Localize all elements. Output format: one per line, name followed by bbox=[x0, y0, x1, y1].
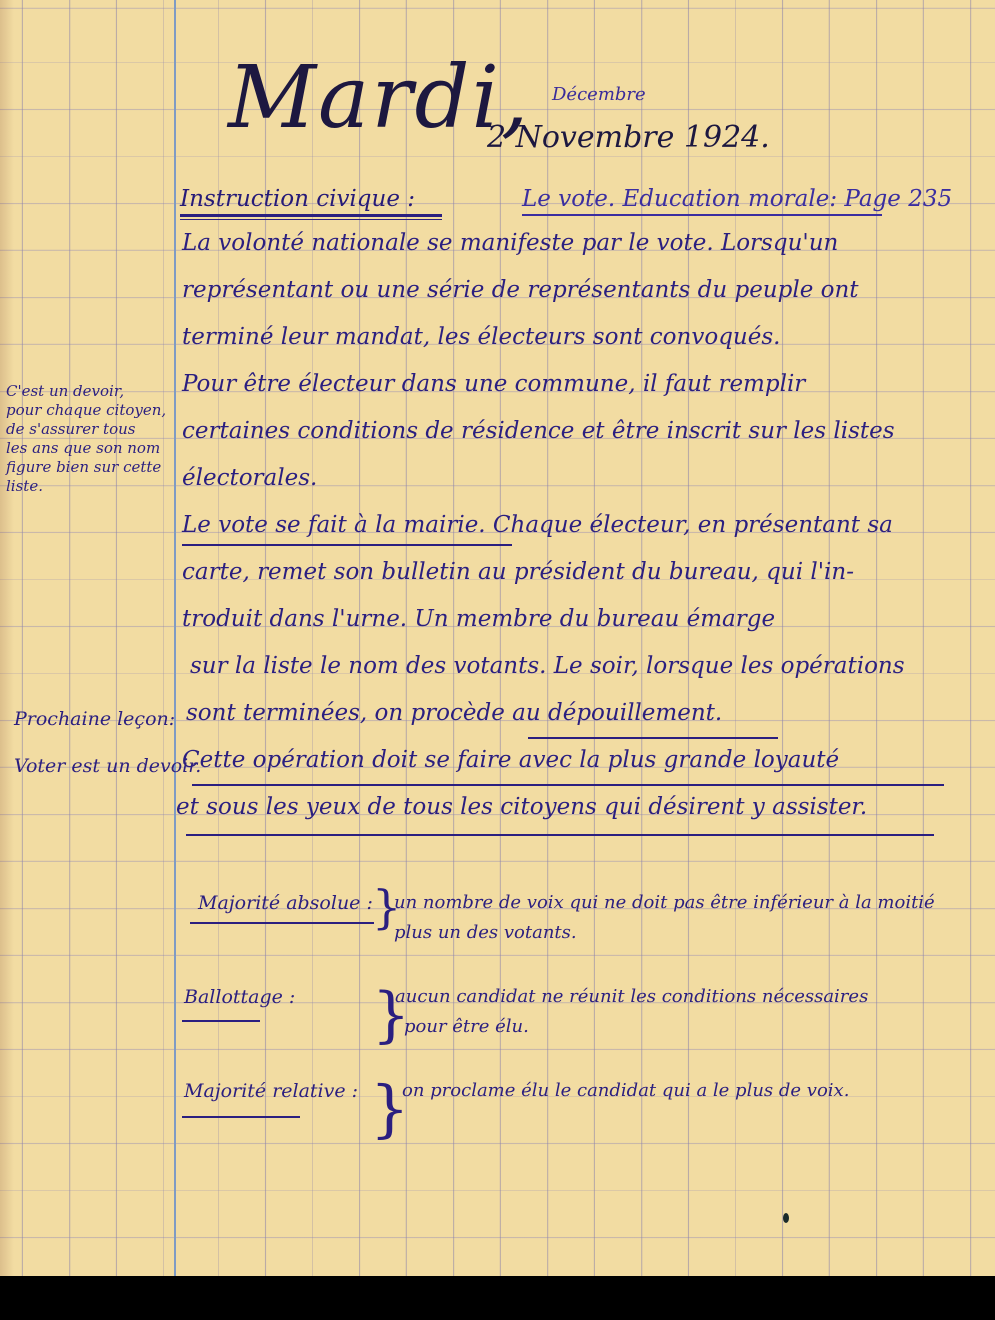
body-line: Le vote se fait à la mairie. Chaque élec… bbox=[182, 512, 893, 538]
sentence-underline bbox=[186, 834, 934, 836]
definition-term: Ballottage : bbox=[184, 986, 295, 1008]
body-line: certaines conditions de résidence et êtr… bbox=[182, 418, 895, 444]
definition-term: Majorité absolue : bbox=[198, 892, 373, 914]
title-month-correction: Décembre bbox=[552, 84, 646, 105]
title-date: 2 Novembre 1924. bbox=[487, 120, 770, 155]
body-line: et sous les yeux de tous les citoyens qu… bbox=[176, 794, 867, 820]
term-underline bbox=[182, 1116, 300, 1118]
ink-blot bbox=[783, 1213, 789, 1223]
title-day: Mardi, bbox=[228, 48, 530, 148]
subject-underline-double bbox=[180, 219, 442, 220]
body-line: sur la liste le nom des votants. Le soir… bbox=[190, 653, 905, 679]
body-line: terminé leur mandat, les électeurs sont … bbox=[182, 324, 780, 350]
margin-next-lesson-title: Voter est un devoir. bbox=[14, 755, 201, 777]
body-line: sont terminées, on procède au dépouillem… bbox=[186, 700, 722, 726]
body-line: Pour être électeur dans une commune, il … bbox=[182, 371, 805, 397]
word-underline bbox=[528, 737, 778, 739]
definition-term: Majorité relative : bbox=[184, 1080, 358, 1102]
definition-text: aucun candidat ne réunit les conditions … bbox=[395, 986, 868, 1007]
subject-underline bbox=[180, 214, 442, 217]
definition-text: plus un des votants. bbox=[394, 922, 577, 943]
margin-next-lesson-label: Prochaine leçon: bbox=[14, 708, 175, 730]
definition-text: pour être élu. bbox=[404, 1016, 529, 1037]
subject-heading: Instruction civique : bbox=[180, 186, 415, 212]
body-line: troduit dans l'urne. Un membre du bureau… bbox=[182, 606, 775, 632]
body-line: Cette opération doit se faire avec la pl… bbox=[182, 747, 839, 773]
body-line: carte, remet son bulletin au président d… bbox=[182, 559, 854, 585]
sentence-underline bbox=[182, 544, 512, 546]
body-line: électorales. bbox=[182, 465, 317, 491]
notebook-page: Mardi, Décembre 2 Novembre 1924. Instruc… bbox=[0, 0, 995, 1276]
lesson-reference: Le vote. Education morale: Page 235 bbox=[522, 186, 952, 212]
lesson-underline bbox=[522, 214, 882, 216]
term-underline bbox=[190, 922, 374, 924]
definition-text: on proclame élu le candidat qui a le plu… bbox=[402, 1080, 849, 1101]
margin-note-duty: C'est un devoir, pour chaque citoyen, de… bbox=[6, 382, 166, 496]
sentence-underline bbox=[192, 784, 944, 786]
definition-text: un nombre de voix qui ne doit pas être i… bbox=[394, 892, 935, 913]
term-underline bbox=[182, 1020, 260, 1022]
body-line: représentant ou une série de représentan… bbox=[182, 277, 859, 303]
body-line: La volonté nationale se manifeste par le… bbox=[182, 230, 838, 256]
